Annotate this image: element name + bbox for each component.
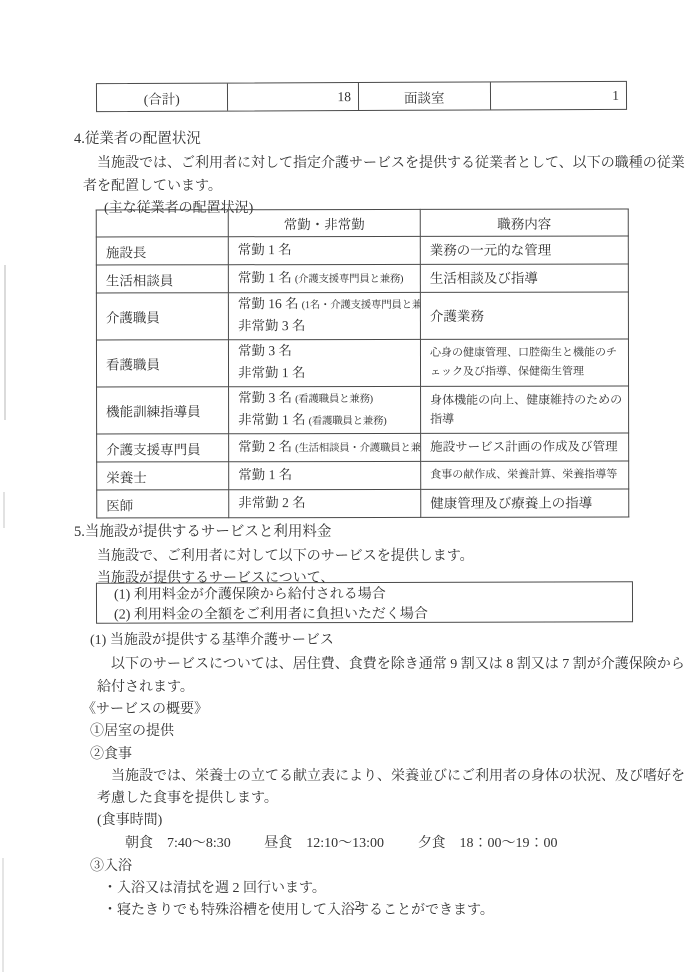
meal-paragraph-line1: 当施設では、栄養士の立てる献立表により、栄養並びにご利用者の身体の状況、及び嗜好… <box>111 766 685 788</box>
role-cell: 生活相談員 <box>96 265 228 293</box>
staff-table: 常勤・非常勤 職務内容 施設長 常勤 1 名 業務の一元的な管理 生活相談員 常… <box>96 209 630 519</box>
staffing-cell: 常勤 1 名 <box>228 236 420 264</box>
fee-cases-box: (1) 利用料金が介護保険から給付される場合 (2) 利用料金の全額をご利用者に… <box>96 581 633 623</box>
duty-cell: 業務の一元的な管理 <box>420 236 628 264</box>
duty-cell: 身体機能の向上、健康維持のための指導 <box>421 386 629 433</box>
header-employment-cell: 常勤・非常勤 <box>228 209 420 236</box>
lunch-time: 昼食 12:10～13:00 <box>264 836 384 851</box>
totals-value-cell: 18 <box>226 83 358 111</box>
staffing-cell: 常勤 3 名(看護職員と兼務)非常勤 1 名(看護職員と兼務) <box>229 386 421 433</box>
standard-service-line2: 給付されます。 <box>97 677 194 699</box>
duty-cell: 介護業務 <box>420 292 628 339</box>
header-duties-cell: 職務内容 <box>420 209 628 236</box>
standard-service-heading: (1) 当施設が提供する基準介護サービス <box>90 630 334 652</box>
table-row: 介護支援専門員 常勤 2 名(生活相談員・介護職員と兼務) 施設サービス計画の作… <box>97 433 629 462</box>
section5-intro-line1: 当施設で、ご利用者に対して以下のサービスを提供します。 <box>97 546 474 568</box>
service-item-room: ①居室の提供 <box>90 721 174 743</box>
dinner-time: 夕食 18：00～19：00 <box>418 836 558 851</box>
bath-bullet-2: ・寝たきりでも特殊浴槽を使用して入浴することができます。 <box>103 900 494 922</box>
totals-label-cell: (合計) <box>97 84 227 112</box>
staffing-cell: 常勤 16 名(1名・介護支援専門員と兼務)非常勤 3 名 <box>228 292 420 339</box>
staffing-cell: 非常勤 2 名 <box>229 489 421 517</box>
duty-cell: 心身の健康管理、口腔衛生と機能のチェック及び指導、保健衛生管理 <box>420 339 628 386</box>
section4-paragraph-line2: 者を配置しています。 <box>83 176 222 198</box>
staffing-cell: 常勤 3 名非常勤 1 名 <box>228 339 420 386</box>
fee-case-item: (2) 利用料金の全額をご利用者に負担いただく場合 <box>114 604 632 625</box>
scanned-document-page: (合計) 18 面談室 1 4.従業者の配置状況 当施設では、ご利用者に対して指… <box>0 0 693 980</box>
table-row: 機能訓練指導員 常勤 3 名(看護職員と兼務)非常勤 1 名(看護職員と兼務) … <box>97 386 629 434</box>
section4-heading: 4.従業者の配置状況 <box>74 128 201 150</box>
role-cell: 介護職員 <box>96 293 228 340</box>
role-cell: 施設長 <box>96 237 228 265</box>
table-row: 栄養士 常勤 1 名 食事の献作成、栄養計算、栄養指導等 <box>97 461 629 490</box>
page-number: 2 <box>348 898 368 914</box>
meal-times-line: 朝食 7:40～8:30 昼食 12:10～13:00 夕食 18：00～19：… <box>125 833 558 855</box>
role-cell: 医師 <box>97 490 229 518</box>
duty-cell: 健康管理及び療養上の指導 <box>421 489 629 517</box>
breakfast-time: 朝食 7:40～8:30 <box>125 836 231 851</box>
role-cell: 看護職員 <box>96 340 228 387</box>
scan-streak <box>2 858 4 972</box>
table-row: 医師 非常勤 2 名 健康管理及び療養上の指導 <box>97 489 629 518</box>
duty-cell: 食事の献作成、栄養計算、栄養指導等 <box>421 461 629 489</box>
fee-case-item: (1) 利用料金が介護保険から給付される場合 <box>114 584 632 605</box>
meal-time-label: (食事時間) <box>97 810 162 832</box>
staffing-cell: 常勤 1 名 <box>229 461 421 489</box>
table-row: 介護職員 常勤 16 名(1名・介護支援専門員と兼務)非常勤 3 名 介護業務 <box>96 292 628 340</box>
section5-heading: 5.当施設が提供するサービスと利用料金 <box>74 521 331 543</box>
standard-service-line1: 以下のサービスについては、居住費、食費を除き通常 9 割又は 8 割又は 7 割… <box>111 654 685 676</box>
table-row: 看護職員 常勤 3 名非常勤 1 名 心身の健康管理、口腔衛生と機能のチェック及… <box>96 339 628 387</box>
duty-cell: 施設サービス計画の作成及び管理 <box>421 433 629 461</box>
scan-streak <box>3 492 5 528</box>
table-header-row: 常勤・非常勤 職務内容 <box>96 209 628 237</box>
service-item-bath: ③入浴 <box>90 856 132 878</box>
staffing-cell: 常勤 1 名(介護支援専門員と兼務) <box>228 264 420 292</box>
staffing-cell: 常勤 2 名(生活相談員・介護職員と兼務) <box>229 433 421 461</box>
scan-streak <box>4 265 6 420</box>
meal-paragraph-line2: 考慮した食事を提供します。 <box>97 788 278 810</box>
duty-cell: 生活相談及び指導 <box>420 264 628 292</box>
service-overview-heading: 《サービスの概要》 <box>82 699 208 721</box>
bath-bullet-1: ・入浴又は清拭を週 2 回行います。 <box>103 878 326 900</box>
section4-paragraph-line1: 当施設では、ご利用者に対して指定介護サービスを提供する従業者として、以下の職種の… <box>97 153 685 175</box>
role-cell: 機能訓練指導員 <box>97 387 229 434</box>
role-cell: 栄養士 <box>97 462 229 490</box>
service-item-meals: ②食事 <box>90 744 132 766</box>
table-row: 施設長 常勤 1 名 業務の一元的な管理 <box>96 236 628 265</box>
meeting-room-label-cell: 面談室 <box>358 82 490 110</box>
meeting-room-value-cell: 1 <box>489 82 626 110</box>
table-row: 生活相談員 常勤 1 名(介護支援専門員と兼務) 生活相談及び指導 <box>96 264 628 293</box>
header-blank-cell <box>96 210 228 237</box>
role-cell: 介護支援専門員 <box>97 434 229 462</box>
totals-table-fragment: (合計) 18 面談室 1 <box>96 81 627 112</box>
